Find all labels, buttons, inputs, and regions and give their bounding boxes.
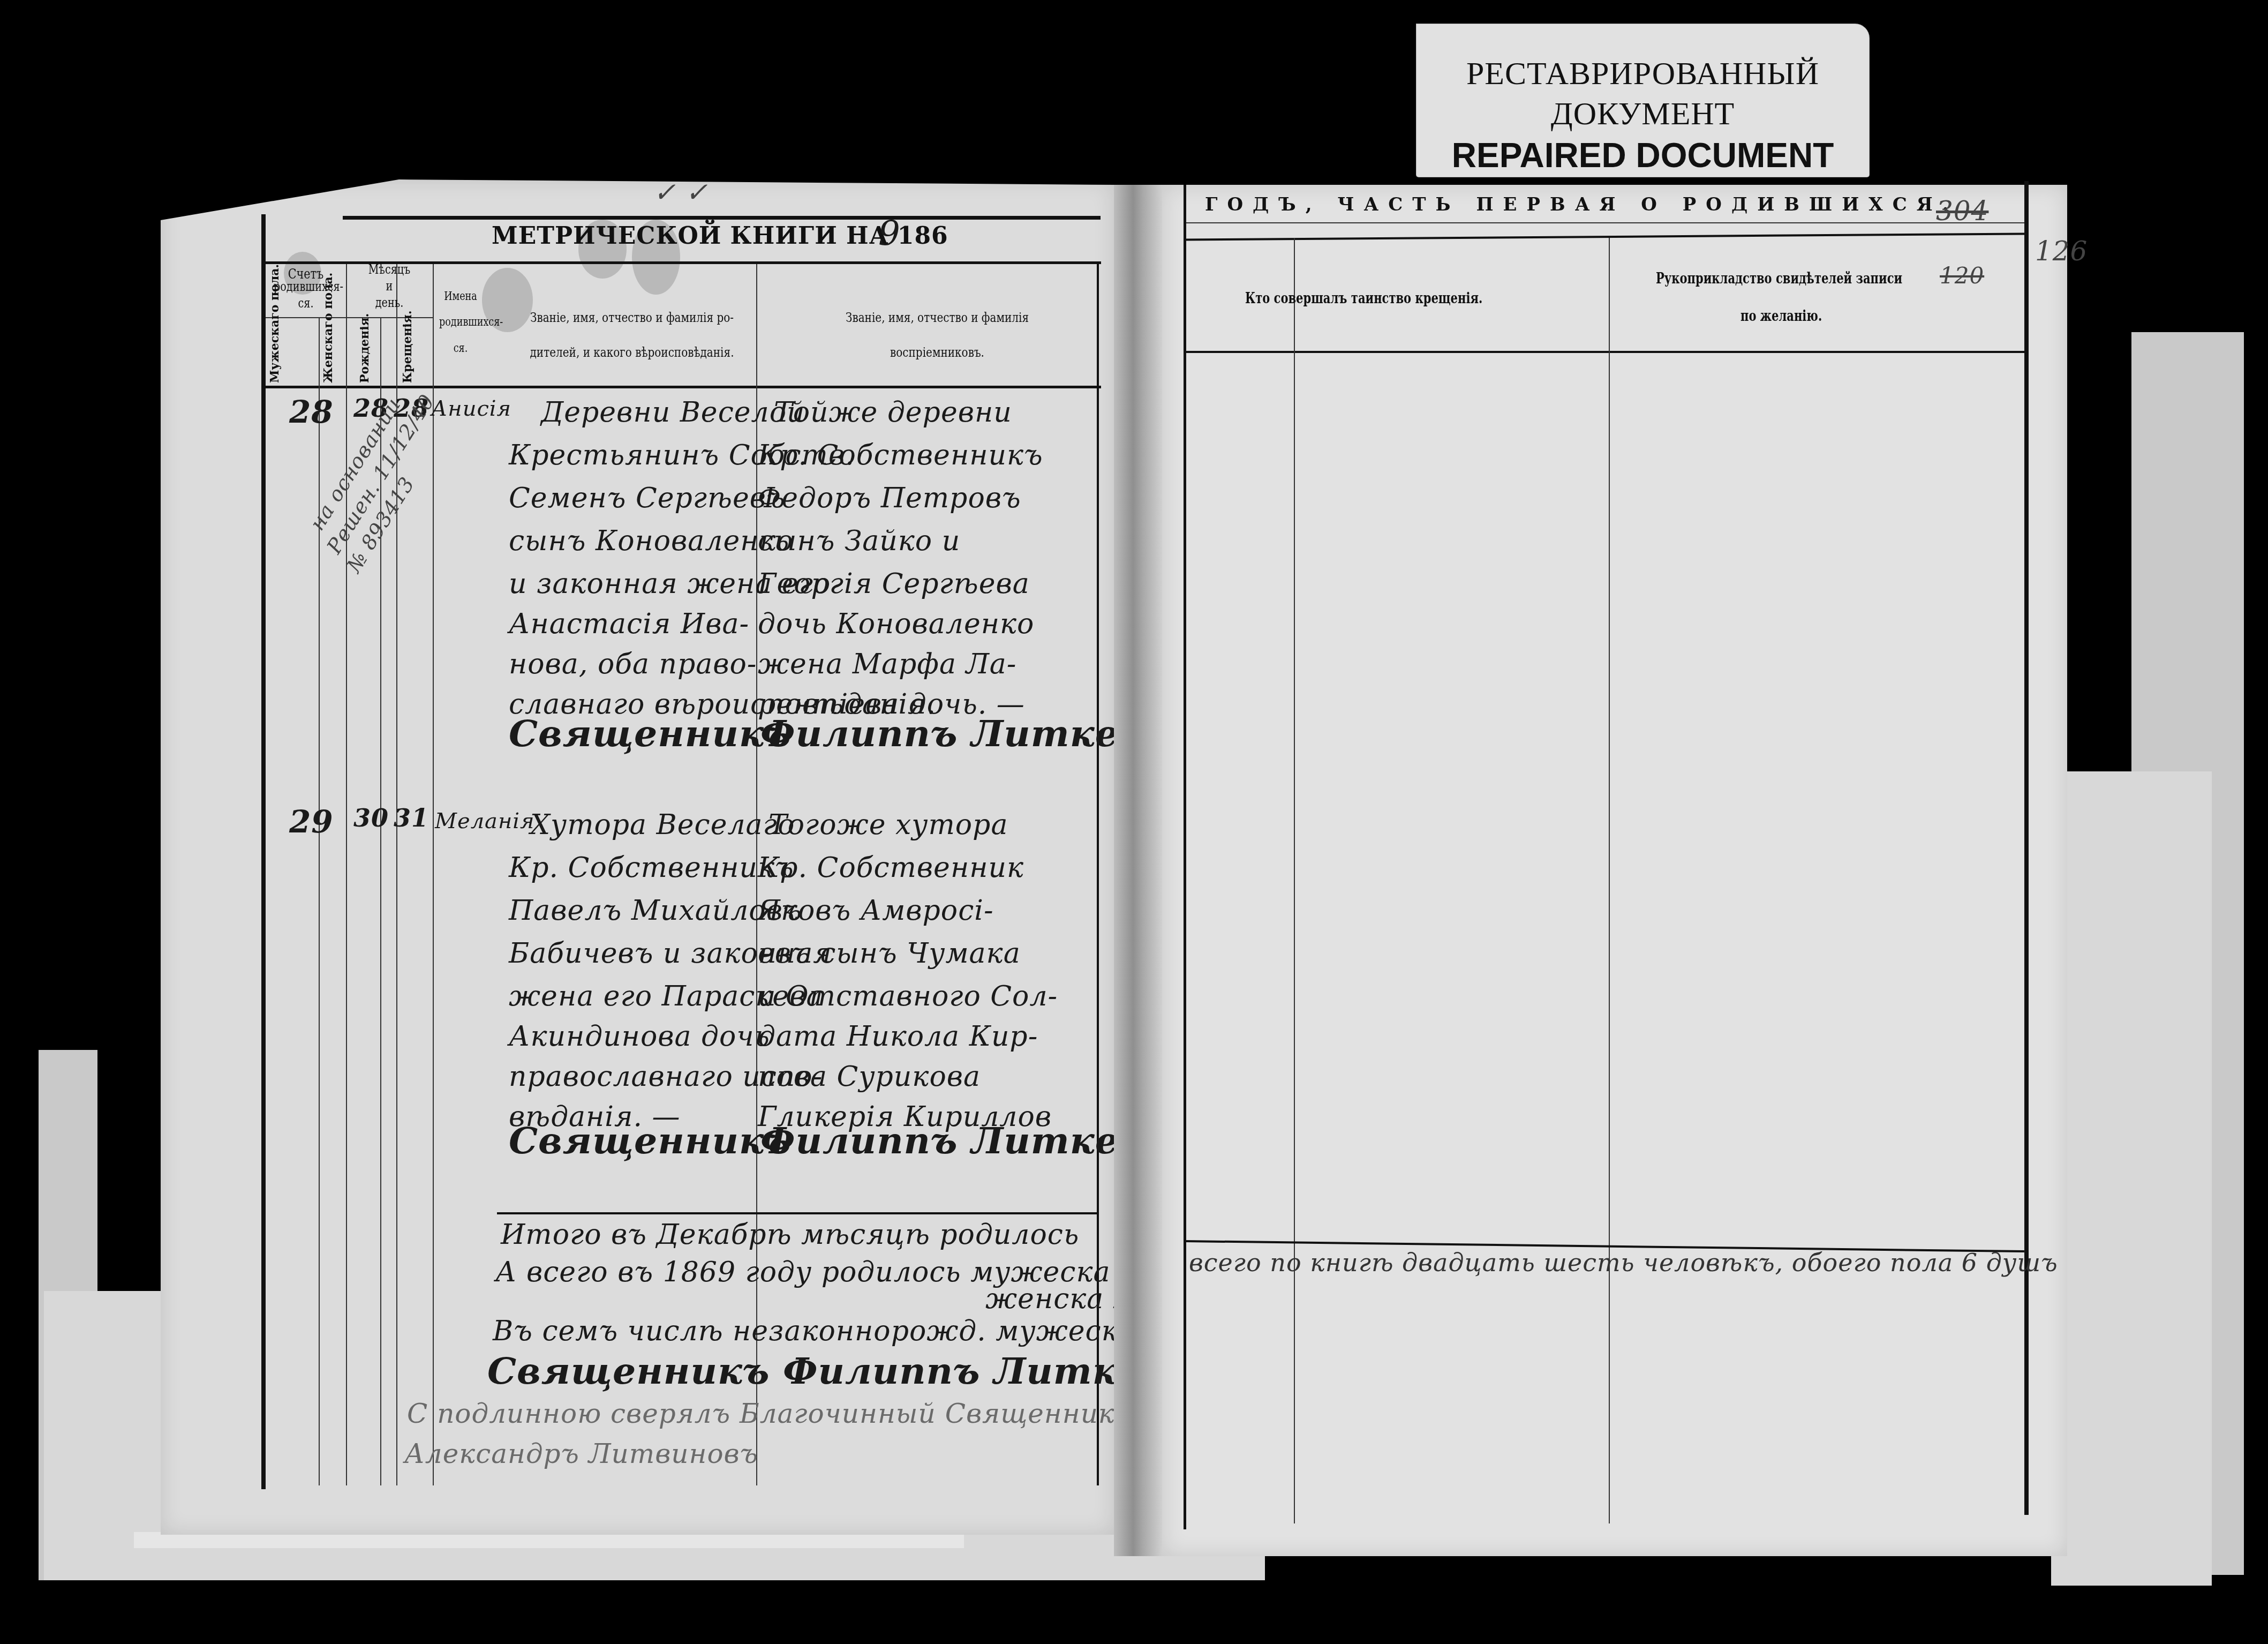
col-header-godparents-l1: Званіе, имя, отчество и фамилія <box>809 300 1066 335</box>
godparents-line: дата Никола Кир- <box>758 1020 1038 1053</box>
entry-1-name: Анисія <box>431 396 511 421</box>
godparents-line: Федоръ Петровъ <box>758 482 1021 514</box>
col-header-parents: Званіе, имя, отчество и фамилія ро- дите… <box>503 300 760 370</box>
godparents-line: Георгія Сергѣева <box>758 568 1030 600</box>
parents-line: Акиндинова дочь <box>509 1020 770 1053</box>
godparents-line: пова Сурикова <box>758 1061 981 1093</box>
col-header-parents-l2: дителей, и какого вѣроисповѣданія. <box>503 335 760 370</box>
faint-note-line-1: С подлинною сверялъ Благочинный Священни… <box>407 1398 1133 1429</box>
col-header-godparents-l2: воспріемниковъ. <box>809 335 1066 370</box>
godparents-line: дочь Коноваленко <box>758 608 1034 640</box>
parents-line: Семенъ Сергѣевъ <box>509 482 786 514</box>
col-header-female: Женскаго пола. <box>321 321 335 383</box>
label-line-1: РЕСТАВРИРОВАННЫЙ <box>1416 54 1869 94</box>
godparents-line: Тогоже хутора <box>768 809 1008 841</box>
col-header-month: Мѣсяцъ и день. <box>355 261 424 312</box>
right-page-top-line <box>1186 222 2024 223</box>
col-header-witnesses-l1: Рукоприкладство свидѣтелей записи <box>1656 271 1902 287</box>
left-page-border <box>261 214 266 1489</box>
col-header-month-l1: Мѣсяцъ <box>355 261 424 278</box>
col-header-names-l2: родившихся- <box>439 310 482 335</box>
underlying-sheet-right-2 <box>2051 771 2212 1586</box>
col-header-names: Имена родившихся- ся. <box>439 284 482 362</box>
entry-2-signature-title: Священникъ <box>509 1120 791 1162</box>
godparents-line: Кр. Собственник <box>758 852 1024 884</box>
col-line <box>433 264 434 1485</box>
godparents-line: евъ сынъ Чумака <box>758 937 1021 970</box>
entry-2-name: Меланія <box>435 809 535 834</box>
top-check-marks: ✓ ✓ <box>653 177 709 208</box>
label-line-2: ДОКУМЕНТ <box>1416 94 1869 134</box>
right-col-line <box>1609 238 1610 1523</box>
parents-line: сынъ Коноваленко <box>509 525 794 557</box>
col-header-godparents: Званіе, имя, отчество и фамилія воспріем… <box>809 300 1066 370</box>
col-header-names-l3: ся. <box>439 336 482 362</box>
col-header-male: Мужескаго пола. <box>268 321 282 383</box>
right-page-title: ГОДЪ, ЧАСТЬ ПЕРВАЯ О РОДИВШИХСЯ. <box>1205 194 1958 215</box>
col-header-witnesses-l2: по желанію. <box>1740 308 1822 325</box>
book-gutter <box>1114 185 1162 1556</box>
summary-continuation: всего по книгѣ двадцать шесть человѣкъ, … <box>1189 1248 2058 1277</box>
godparents-line: Яковъ Амвросі- <box>758 895 994 927</box>
entry-1-signature-title: Священникъ <box>509 712 791 755</box>
entry-2-baptism-day: 31 <box>394 804 429 832</box>
summary-rule <box>497 1212 1098 1214</box>
right-page-border-right <box>2024 181 2029 1515</box>
right-page-border-left <box>1184 185 1186 1529</box>
parents-line: Кр. Собственникъ <box>509 852 794 884</box>
repaired-document-label: РЕСТАВРИРОВАННЫЙ ДОКУМЕНТ REPAIRED DOCUM… <box>1416 24 1869 177</box>
entry-2-signature-name: Филиппъ Литке <box>760 1120 1119 1162</box>
label-line-3: REPAIRED DOCUMENT <box>1416 134 1869 177</box>
col-line <box>319 318 320 1485</box>
godparents-line: сынъ Зайко и <box>758 525 960 557</box>
header-bottom-rule <box>266 386 1101 388</box>
faint-note-line-2: Александръ Литвиновъ <box>404 1438 758 1469</box>
folio-crossed-2: 120 <box>1940 262 1984 289</box>
col-header-parents-l1: Званіе, имя, отчество и фамилія ро- <box>503 300 760 335</box>
col-header-names-l1: Имена <box>439 284 482 310</box>
godparents-line: жена Марфа Ла- <box>758 648 1016 680</box>
godparents-line: и Отставного Сол- <box>758 980 1058 1012</box>
title-year-digit: 9 <box>878 214 901 254</box>
top-double-rule <box>343 216 1101 220</box>
folio-number: 126 <box>2035 236 2088 267</box>
right-col-line <box>1294 238 1295 1523</box>
entry-2-number: 29 <box>289 804 334 840</box>
parents-line: нова, оба право- <box>509 648 757 680</box>
col-line <box>346 264 347 1485</box>
godparents-line: Тойже деревни <box>774 396 1012 429</box>
entry-1-number: 28 <box>289 394 334 430</box>
folio-crossed: 304 <box>1936 196 1988 227</box>
col-header-baptism: Крещенія. <box>401 324 415 383</box>
summary-line-4: Въ семъ числѣ незаконнорожд. мужеска 2 <box>493 1315 1163 1347</box>
entry-2-birth-day: 30 <box>353 804 389 832</box>
parents-line: Хутора Веселаго <box>530 809 795 841</box>
right-page <box>1162 185 2067 1556</box>
col-header-baptizer: Кто совершалъ таинство крещенія. <box>1245 290 1482 307</box>
parents-line: Анастасія Ива- <box>509 608 749 640</box>
entry-1-signature-name: Филиппъ Литке <box>760 712 1119 755</box>
col-header-month-l2: и <box>355 278 424 295</box>
godparents-line: Кр. Собственникъ <box>758 439 1043 471</box>
parents-line: Деревни Веселой <box>541 396 805 429</box>
right-header-bottom-rule <box>1186 351 2024 353</box>
col-header-month-l3: день. <box>355 295 424 311</box>
col-header-birth: Рожденія. <box>358 324 372 383</box>
summary-line-1: Итого въ Декабрѣ мѣсяцѣ родилось <box>501 1219 1079 1251</box>
